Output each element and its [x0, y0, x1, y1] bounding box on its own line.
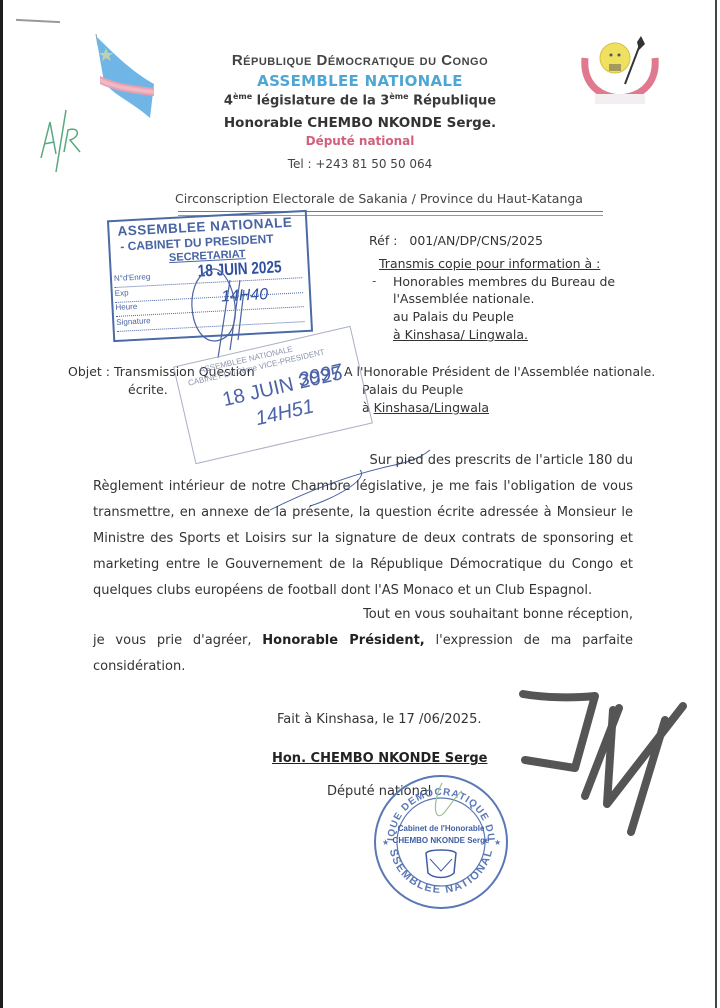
legislature-line: 4ème législature de la 3ème République	[0, 92, 720, 108]
reference: Réf :001/AN/DP/CNS/2025	[369, 233, 543, 248]
closing-salutation: Honorable Président,	[262, 633, 424, 648]
paragraph-first-line: Sur pied des prescrits de l'article 180 …	[93, 448, 633, 474]
seal-inner-1: Cabinet de l'Honorable	[398, 824, 485, 833]
copy-to-title: Transmis copie pour information à :	[379, 256, 600, 271]
copy-to-line: au Palais du Peuple	[393, 309, 514, 324]
recipient-place: Kinshasa/Lingwala	[374, 400, 489, 415]
sup-1: ème	[233, 92, 252, 101]
stamp2-number: 3997	[296, 360, 345, 392]
closing-first-line: Tout en vous souhaitant bonne réception,	[93, 602, 633, 628]
recipient-line-1: A l'Honorable Président de l'Assemblée n…	[344, 364, 655, 379]
telephone: Tel : +243 81 50 50 064	[0, 157, 720, 171]
recipient-line-3: à Kinshasa/Lingwala	[362, 400, 489, 415]
country-name: République Démocratique du Congo	[0, 52, 720, 69]
institution-name: ASSEMBLEE NATIONALE	[0, 72, 720, 90]
signatory-name: Hon. CHEMBO NKONDE Serge	[272, 751, 487, 766]
handwritten-mark	[515, 680, 690, 840]
seal-inner-2: CHEMBO NKONDE Serge	[393, 836, 490, 845]
svg-text:★: ★	[494, 838, 501, 847]
reference-label: Réf :	[369, 233, 397, 248]
body-paragraph: Sur pied des prescrits de l'article 180 …	[93, 448, 633, 604]
sup-2: ème	[389, 92, 408, 101]
paragraph-text: Règlement intérieur de notre Chambre lég…	[93, 474, 633, 604]
page-edge-right	[715, 0, 717, 1008]
svg-text:★: ★	[382, 838, 389, 847]
copy-to-line: à Kinshasa/ Lingwala.	[393, 327, 528, 342]
copy-to-dash: -	[372, 274, 376, 288]
page-edge-left	[0, 0, 3, 1008]
legislature-suffix: République	[409, 93, 497, 108]
legislature-mid: législature de la 3	[252, 93, 389, 108]
copy-to-line: l'Assemblée nationale.	[393, 291, 534, 306]
recipient-line-2: Palais du Peuple	[362, 382, 463, 397]
closing-text: je vous prie d'agréer, Honorable Préside…	[93, 628, 633, 680]
subject-line-2: écrite.	[128, 382, 168, 397]
closing-paragraph: Tout en vous souhaitant bonne réception,…	[93, 602, 633, 680]
reference-value: 001/AN/DP/CNS/2025	[409, 233, 543, 248]
copy-to-line: Honorables membres du Bureau de	[393, 274, 615, 289]
constituency: Circonscription Electorale de Sakania / …	[175, 191, 583, 206]
official-seal-icon: REPUBLIQUE DEMOCRATIQUE DU CONGO ASSEMBL…	[372, 773, 510, 911]
pen-mark	[16, 19, 60, 23]
place-date: Fait à Kinshasa, le 17 /06/2025.	[277, 712, 481, 727]
header-rule	[178, 211, 603, 212]
deputy-role: Député national	[0, 134, 720, 148]
deputy-name: Honorable CHEMBO NKONDE Serge.	[0, 115, 720, 131]
closing-pre: je vous prie d'agréer,	[93, 633, 262, 648]
legislature-number: 4	[224, 93, 233, 108]
